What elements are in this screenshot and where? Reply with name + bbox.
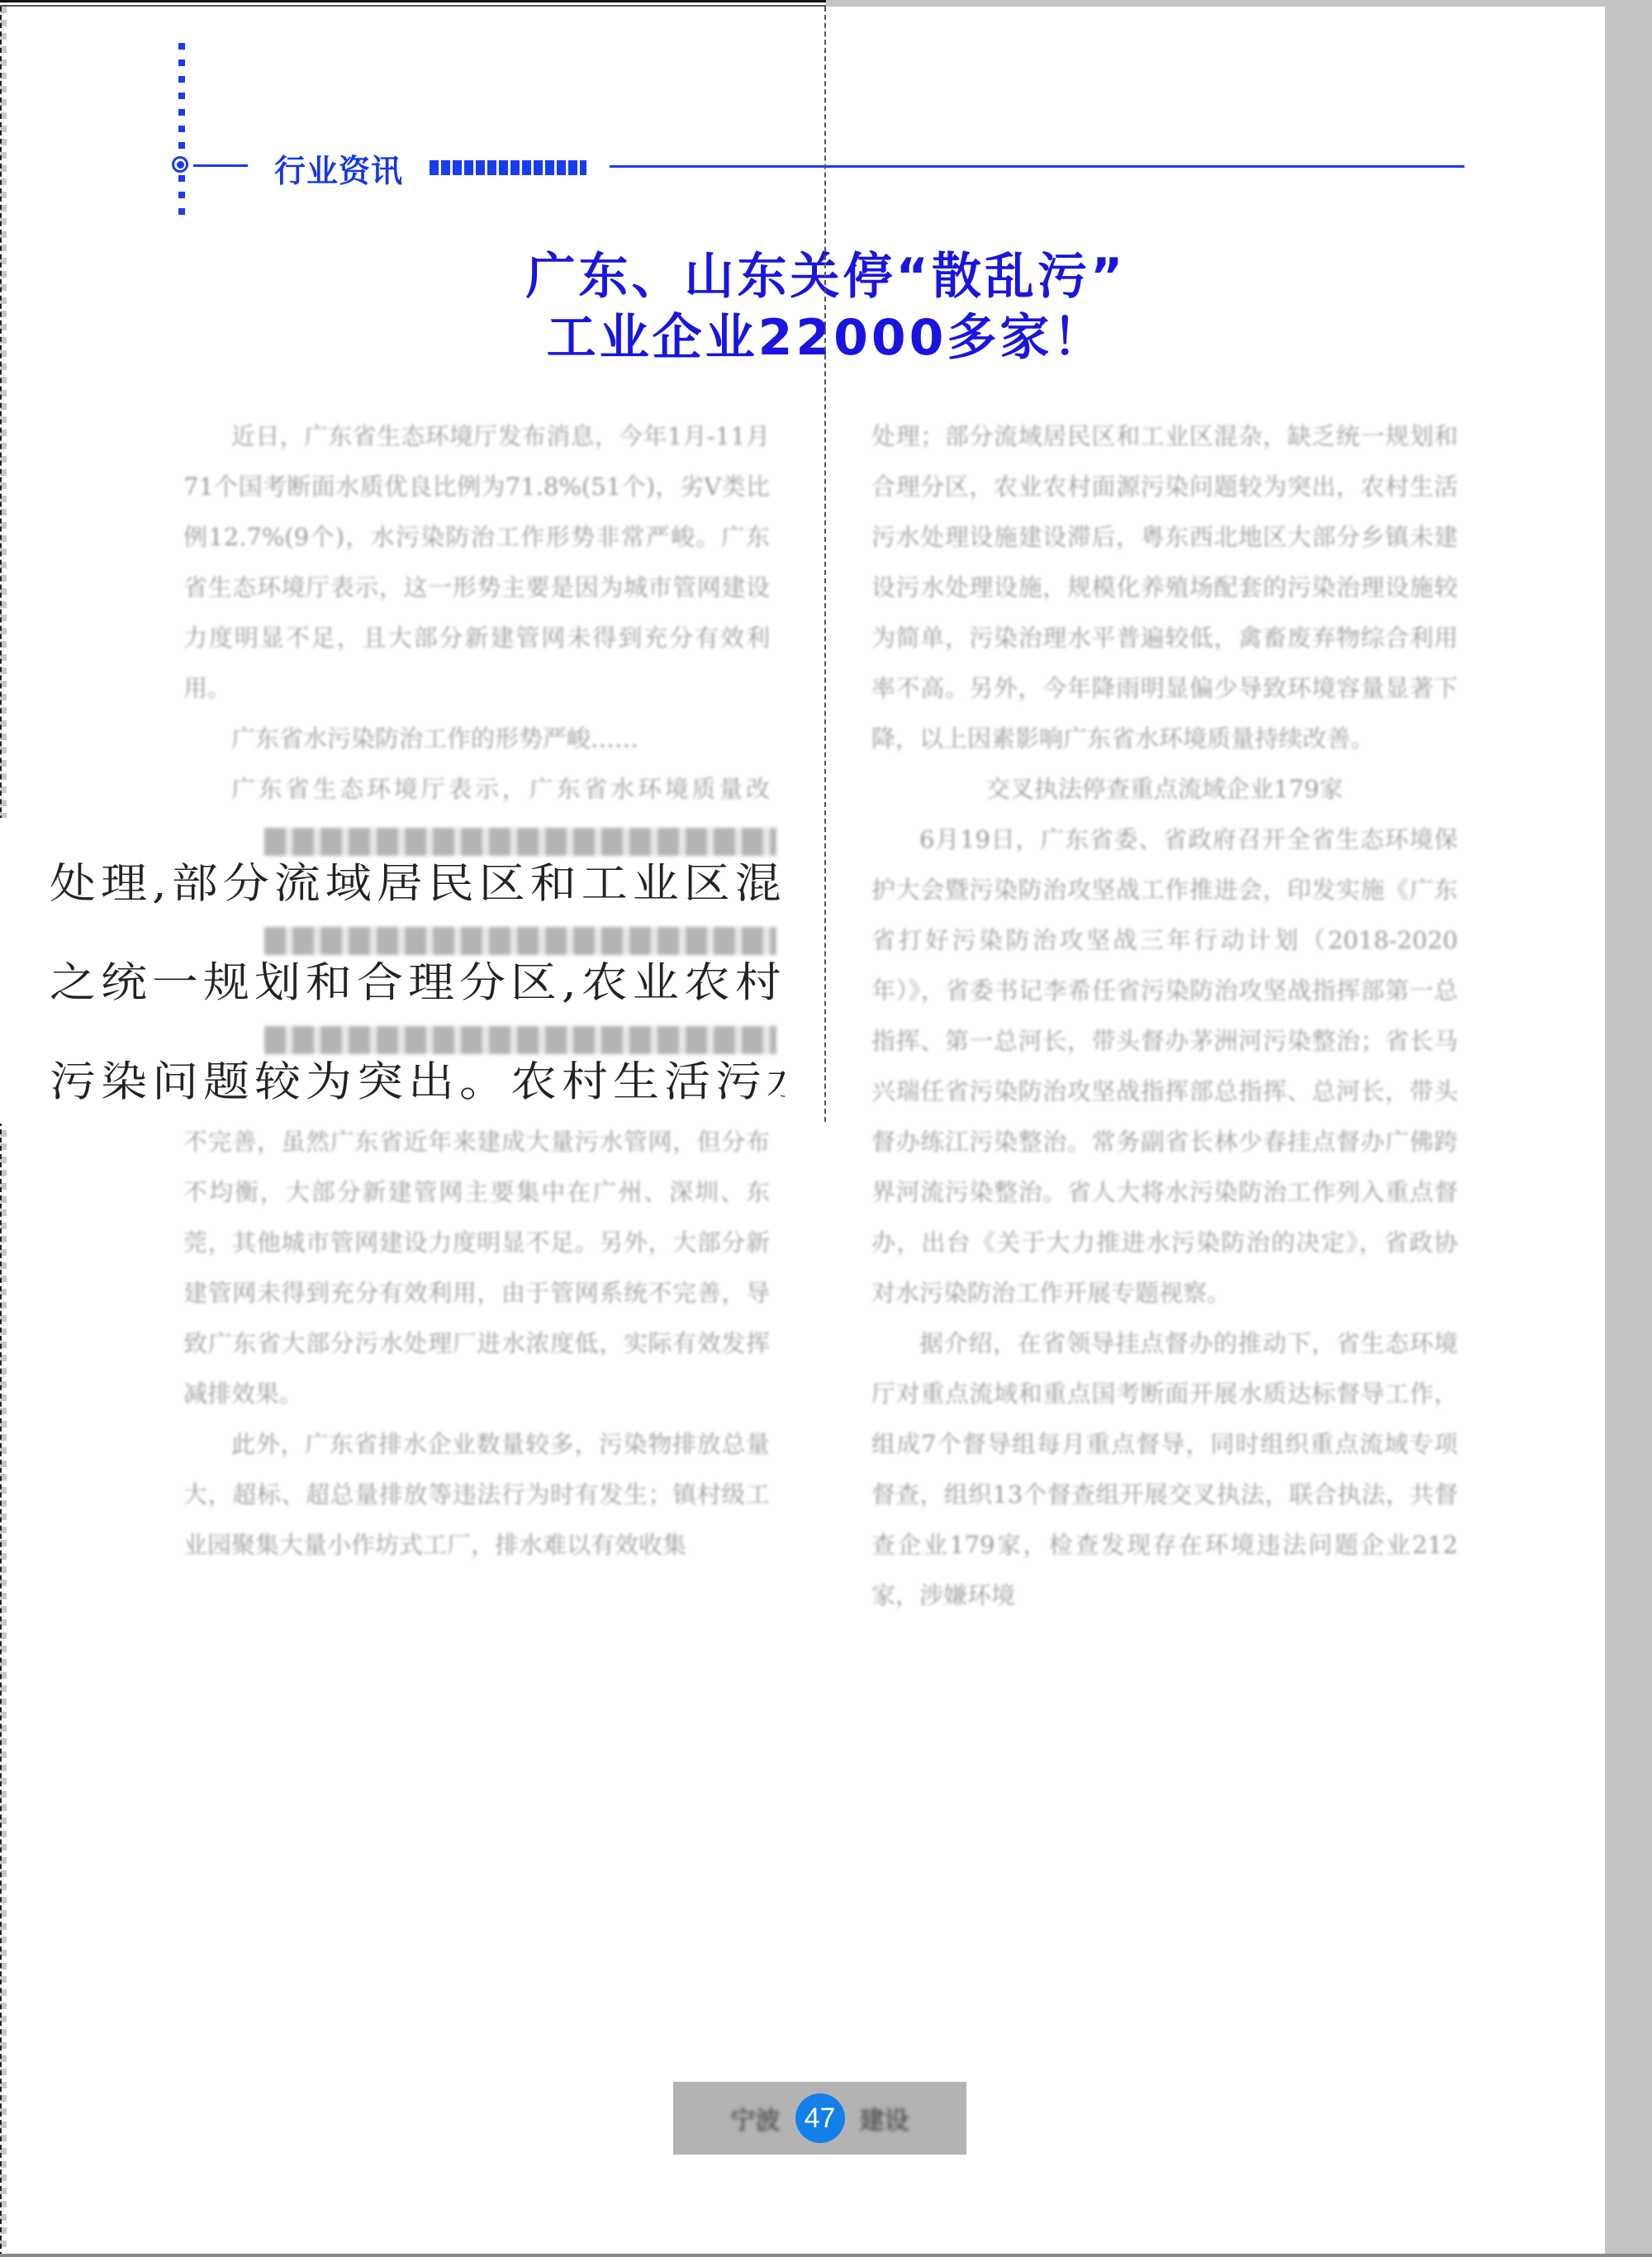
subheading: 交叉执法停查重点流域企业179家 [871, 764, 1458, 815]
header-rule-long [610, 165, 1464, 168]
overlay-text-line: 处理,部分流域居民区和工业区混杂,缺乏发布消息 [50, 851, 785, 910]
footer-left-word: 宁波 [731, 2100, 781, 2136]
overlay-text-line: 之统一规划和合理分区,农业农村面源污染水质优良 [50, 950, 785, 1010]
footer-right-word: 建设 [860, 2100, 909, 2136]
page-number-badge: 47 [795, 2093, 845, 2143]
headline-line-2: 工业企业22000多家！ [0, 307, 1652, 368]
page-bottom-edge [0, 2254, 1652, 2257]
paragraph: 6月19日，广东省委、省政府召开全省生态环境保护大会暨污染防治攻坚战工作推进会，… [871, 815, 1458, 1319]
header-vertical-dots-decoration [178, 43, 185, 221]
section-label: 行业资讯 [274, 145, 403, 191]
column-divider-dashed [824, 7, 826, 1122]
page-top-gutter [826, 0, 1652, 7]
overlapping-text-artifact: 处理,部分流域居民区和工业区混杂,缺乏发布消息 之统一规划和合理分区,农业农村面… [0, 818, 824, 1124]
headline-line-1: 广东、山东关停“散乱污” [0, 246, 1652, 307]
header-block-bar-decoration [430, 160, 586, 175]
article-column-right: 处理；部分流域居民区和工业区混杂，缺乏统一规划和合理分区，农业农村面源污染问题较… [871, 411, 1458, 1621]
paragraph: 处理；部分流域居民区和工业区混杂，缺乏统一规划和合理分区，农业农村面源污染问题较… [871, 411, 1458, 764]
page-footer: 宁波 47 建设 [673, 2082, 966, 2155]
paragraph: 据介绍，在省领导挂点督办的推动下，省生态环境厅对重点流域和重点国考断面开展水质达… [871, 1319, 1458, 1621]
header-rule-short [193, 164, 248, 167]
article-headline: 广东、山东关停“散乱污” 工业企业22000多家！ [0, 246, 1652, 368]
paragraph: 广东省水污染防治工作的形势严峻…… [183, 714, 770, 764]
paragraph: 近日，广东省生态环境厅发布消息，今年1月-11月71个国考断面水质优良比例为71… [183, 411, 770, 714]
target-circle-icon [172, 156, 188, 173]
paragraph: 此外，广东省排水企业数量较多，污染物排放总量大，超标、超总量排放等违法行为时有发… [183, 1419, 770, 1570]
page-top-border [0, 0, 826, 7]
overlay-text-line: 污染问题较为突出。农村生活污水处理比例12 [50, 1049, 785, 1109]
